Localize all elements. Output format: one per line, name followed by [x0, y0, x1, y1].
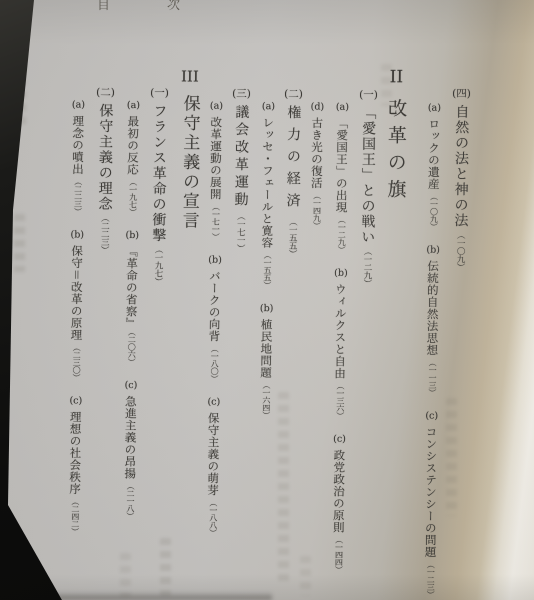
- toc-item: (b)『革命の省察』（二〇六）: [121, 230, 142, 365]
- toc-item: (二)保守主義の理念（二二三）: [94, 87, 115, 254]
- part-title: 保守主義の宣言: [179, 94, 200, 231]
- item-label: 最初の反応: [126, 115, 141, 175]
- item-marker: (a): [336, 103, 349, 113]
- toc-item: (三)議会改革運動（一七一）: [230, 88, 251, 252]
- item-marker: (a): [210, 102, 223, 112]
- toc-item: (b)バークの向背（一八〇）: [204, 255, 225, 382]
- item-page-number: （一二九）: [362, 247, 372, 287]
- item-page-number: （一五五）: [287, 217, 297, 257]
- item-marker: (a): [72, 100, 85, 110]
- item-label: 政党政治の原則: [332, 449, 347, 533]
- toc-entry-ch1-part2: (一)「愛国王」との戦い（一二九）: [357, 89, 379, 287]
- item-page-number: （一五五）: [263, 251, 272, 289]
- toc-text: (四)自然の法と神の法（一〇九） (a)ロックの遺産（一〇九） (b)伝統的自然…: [0, 0, 534, 600]
- toc-item: (b)植民地問題（一六四）: [256, 303, 277, 418]
- toc-subentries-ch2-part2: (a)レッセ・フェールと寛容（一五五） (b)植民地問題（一六四）: [256, 101, 279, 418]
- item-marker: (b): [334, 269, 348, 279]
- toc-item: (a)改革運動の展開（一七一）: [205, 101, 226, 240]
- item-marker: (a): [127, 101, 140, 111]
- item-page-number: （一二三）: [426, 560, 435, 598]
- toc-subentries-section4: (a)ロックの遺産（一〇九） (b)伝統的自然法思想（一一三） (c)コンシステ…: [420, 103, 444, 598]
- toc-item: (a)レッセ・フェールと寛容（一五五）: [257, 101, 279, 288]
- item-label: 保守主義の萌芽: [206, 412, 221, 496]
- item-page-number: （一一三）: [428, 358, 437, 396]
- item-marker: (一): [150, 88, 169, 99]
- item-label: 保守主義の理念: [96, 103, 113, 212]
- item-label: ウィルクスと自由: [333, 283, 348, 379]
- item-label: 『革命の省察』: [124, 245, 139, 329]
- toc-item: (b)保守＝改革の原理（二三〇）: [66, 229, 87, 380]
- item-marker: (c): [125, 381, 138, 391]
- toc-item: (c)コンシステンシーの問題（一二三）: [420, 411, 442, 598]
- item-marker: (三): [232, 89, 251, 100]
- item-label: 自然の法と神の法: [452, 104, 469, 228]
- part-header-3: III保守主義の宣言: [177, 69, 200, 231]
- item-label: 理想の社会秩序: [68, 411, 83, 495]
- item-marker: (d): [311, 103, 325, 113]
- part-numeral: II: [390, 69, 404, 86]
- toc-subentries-ch2-part3: (a)理念の噴出（二二三） (b)保守＝改革の原理（二三〇） (c)理想の社会秩…: [65, 99, 89, 534]
- toc-item: (a)ロックの遺産（一〇九）: [423, 103, 444, 230]
- toc-item: (一)フランス革命の衝撃（一九七）: [148, 87, 170, 285]
- toc-entry-ch1-part3: (一)フランス革命の衝撃（一九七）: [148, 87, 170, 285]
- item-page-number: （一三六）: [336, 381, 345, 419]
- item-page-number: （二三〇）: [72, 343, 81, 381]
- toc-item: (四)自然の法と神の法（一〇九）: [450, 88, 472, 271]
- item-page-number: （一七一）: [235, 211, 245, 251]
- item-page-number: （二〇六）: [127, 331, 136, 365]
- item-marker: (四): [452, 89, 471, 100]
- item-page-number: （一七一）: [211, 202, 220, 240]
- part-header-2: II改革の旗: [383, 69, 408, 206]
- item-label: ロックの遺産: [427, 118, 442, 190]
- toc-item: (d)古き光の復活（一四九）: [306, 101, 327, 228]
- item-marker: (二): [284, 89, 303, 100]
- item-page-number: （二一八）: [126, 481, 135, 519]
- item-marker: (a): [428, 104, 441, 114]
- item-page-number: （一八〇）: [210, 344, 219, 382]
- item-marker: (a): [262, 102, 275, 112]
- toc-entry-section4: (四)自然の法と神の法（一〇九）: [450, 88, 472, 271]
- item-label: 権力の経済: [284, 105, 301, 215]
- item-marker: (b): [426, 246, 440, 256]
- part-title: 改革の旗: [384, 98, 407, 206]
- item-page-number: （二二三）: [73, 177, 82, 215]
- item-page-number: （一四九）: [312, 191, 321, 229]
- item-page-number: （一九七）: [153, 245, 163, 285]
- item-label: 植民地問題: [259, 319, 274, 379]
- toc-item: (c)政党政治の原則（一四四）: [328, 434, 349, 573]
- toc-item: (b)ウィルクスと自由（一三六）: [330, 268, 351, 419]
- item-page-number: （二四二）: [71, 497, 80, 535]
- toc-item: (a)理念の噴出（二二三）: [67, 99, 88, 214]
- toc-item: (a)「愛国王」の出現（一二九）: [331, 102, 352, 253]
- item-label: 急進主義の昂揚: [123, 395, 138, 479]
- item-page-number: （一二九）: [337, 215, 346, 253]
- toc-subentry-d: (d)古き光の復活（一四九）: [306, 101, 327, 228]
- toc-item: (二)権力の経済（一五五）: [282, 88, 303, 257]
- toc-item: (c)理想の社会秩序（二四二）: [65, 395, 86, 534]
- toc-subentries-ch1-part3: (a)最初の反応（一九七） (b)『革命の省察』（二〇六） (c)急進主義の昂揚…: [120, 100, 144, 519]
- toc-item: (一)「愛国王」との戦い（一二九）: [357, 89, 379, 287]
- item-page-number: （二二三）: [99, 214, 109, 254]
- item-label: コンシステンシーの問題: [423, 426, 438, 558]
- item-label: バークの向背: [207, 270, 222, 342]
- item-marker: (一): [359, 90, 378, 101]
- toc-entry-ch2-part3: (二)保守主義の理念（二二三）: [94, 87, 115, 254]
- item-marker: (b): [260, 304, 274, 314]
- item-label: 古き光の復活: [310, 117, 325, 189]
- item-marker: (c): [425, 412, 438, 422]
- book-page: 目 次 (四)自然の法と神の法（一〇九） (a)ロックの遺産（一〇九） (b)伝…: [0, 0, 534, 600]
- item-marker: (b): [125, 231, 139, 241]
- item-label: フランス革命の衝撃: [150, 104, 167, 244]
- item-label: 「愛国王」との戦い: [359, 105, 376, 245]
- item-marker: (b): [70, 230, 84, 240]
- part-numeral: III: [181, 69, 199, 84]
- toc-item: (c)急進主義の昂揚（二一八）: [120, 380, 141, 519]
- toc-item: (c)保守主義の萌芽（一八八）: [203, 397, 224, 536]
- item-marker: (c): [333, 435, 346, 445]
- item-marker: (c): [69, 396, 82, 406]
- item-page-number: （一〇九）: [455, 230, 465, 270]
- item-page-number: （一九七）: [128, 177, 137, 215]
- item-label: 改革運動の展開: [209, 116, 224, 200]
- item-label: 伝統的自然法思想: [425, 260, 440, 356]
- toc-subentries-ch1-part2: (a)「愛国王」の出現（一二九） (b)ウィルクスと自由（一三六） (c)政党政…: [328, 102, 352, 573]
- item-marker: (c): [207, 398, 220, 408]
- toc-entry-ch3-part2: (三)議会改革運動（一七一）: [230, 88, 251, 252]
- item-label: レッセ・フェールと寛容: [260, 117, 275, 249]
- item-page-number: （一〇九）: [429, 192, 438, 230]
- item-label: 理念の噴出: [71, 115, 86, 175]
- item-marker: (b): [208, 256, 222, 266]
- item-page-number: （一六四）: [262, 381, 271, 419]
- toc-entry-ch2-part2: (二)権力の経済（一五五）: [282, 88, 303, 257]
- toc-item: (a)最初の反応（一九七）: [122, 100, 143, 215]
- item-label: 保守＝改革の原理: [69, 245, 84, 341]
- toc-item: (b)伝統的自然法思想（一一三）: [422, 245, 443, 396]
- book-photo: { "photo": { "running_head": { "left_cha…: [0, 0, 534, 600]
- item-page-number: （一四四）: [334, 535, 343, 573]
- item-page-number: （一八八）: [209, 498, 218, 536]
- item-label: 「愛国王」の出現: [334, 117, 349, 213]
- item-marker: (二): [96, 88, 115, 99]
- item-label: 議会改革運動: [233, 104, 250, 209]
- toc-subentries-ch3-part2: (a)改革運動の展開（一七一） (b)バークの向背（一八〇） (c)保守主義の萌…: [203, 101, 227, 536]
